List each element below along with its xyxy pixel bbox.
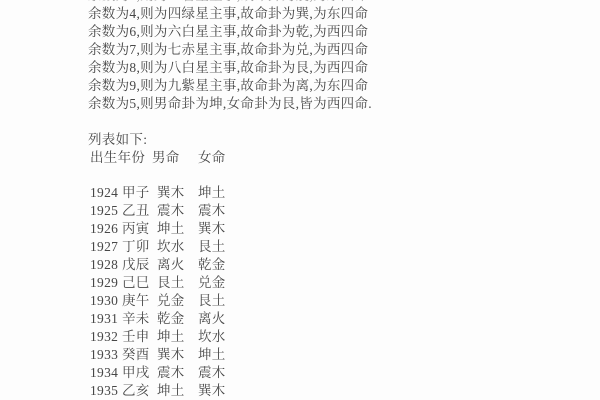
column-header-year: 出生年份: [90, 149, 152, 167]
year-cell: 1933: [90, 346, 122, 364]
rule-line: 余数为9,则为九紫星主事,故命卦为离,为东四命: [88, 77, 372, 95]
male-destiny-cell: 坎水: [157, 238, 198, 256]
male-destiny-cell: 兑金: [157, 292, 198, 310]
year-cell: 1927: [90, 238, 122, 256]
male-destiny-cell: 巽木: [157, 184, 198, 202]
rule-line: 余数为8,则为八白星主事,故命卦为艮,为西四命: [88, 59, 372, 77]
female-destiny-cell: 艮土: [198, 292, 226, 310]
female-destiny-cell: 巽木: [198, 220, 226, 238]
year-cell: 1932: [90, 328, 122, 346]
female-destiny-cell: 离火: [198, 310, 226, 328]
table-row: 1932 壬申 坤土 坎水: [90, 328, 226, 346]
table-row: 1934 甲戌 震木 震木: [90, 364, 226, 382]
year-cell: 1925: [90, 202, 122, 220]
remainder-rules-block: 余数为3,则为三碧星主事,故命卦为震,为东四命 余数为4,则为四绿星主事,故命卦…: [88, 0, 372, 113]
ganzhi-cell: 庚午: [122, 292, 157, 310]
male-destiny-cell: 乾金: [157, 310, 198, 328]
female-destiny-cell: 坎水: [198, 328, 226, 346]
rule-line-clipped: 余数为3,则为三碧星主事,故命卦为震,为东四命: [88, 0, 372, 5]
rule-line: 余数为6,则为六白星主事,故命卦为乾,为西四命: [88, 23, 372, 41]
male-destiny-cell: 坤土: [157, 328, 198, 346]
year-cell: 1924: [90, 184, 122, 202]
female-destiny-cell: 震木: [198, 202, 226, 220]
table-row: 1929 己巳 艮土 兑金: [90, 274, 226, 292]
year-cell: 1926: [90, 220, 122, 238]
column-header-female: 女命: [198, 149, 226, 167]
year-cell: 1934: [90, 364, 122, 382]
table-row: 1931 辛未 乾金 离火: [90, 310, 226, 328]
male-destiny-cell: 坤土: [157, 220, 198, 238]
male-destiny-cell: 离火: [157, 256, 198, 274]
year-cell: 1928: [90, 256, 122, 274]
ganzhi-cell: 己巳: [122, 274, 157, 292]
rule-line: 余数为7,则为七赤星主事,故命卦为兑,为西四命: [88, 41, 372, 59]
table-header-row: 出生年份 男命 女命: [90, 149, 226, 167]
female-destiny-cell: 兑金: [198, 274, 226, 292]
male-destiny-cell: 震木: [157, 202, 198, 220]
table-row: 1927 丁卯 坎水 艮土: [90, 238, 226, 256]
ganzhi-cell: 乙亥: [122, 382, 157, 400]
female-destiny-cell: 震木: [198, 364, 226, 382]
year-cell: 1929: [90, 274, 122, 292]
table-row: 1928 戊辰 离火 乾金: [90, 256, 226, 274]
male-destiny-cell: 震木: [157, 364, 198, 382]
female-destiny-cell: 坤土: [198, 184, 226, 202]
table-row: 1930 庚午 兑金 艮土: [90, 292, 226, 310]
table-row: 1925 乙丑 震木 震木: [90, 202, 226, 220]
male-destiny-cell: 巽木: [157, 346, 198, 364]
table-row: 1933 癸酉 巽木 坤土: [90, 346, 226, 364]
year-cell: 1935: [90, 382, 122, 400]
ganzhi-cell: 丁卯: [122, 238, 157, 256]
male-destiny-cell: 坤土: [157, 382, 198, 400]
ganzhi-cell: 甲子: [122, 184, 157, 202]
year-cell: 1931: [90, 310, 122, 328]
table-intro-label: 列表如下:: [88, 131, 147, 149]
female-destiny-cell: 坤土: [198, 346, 226, 364]
ganzhi-cell: 丙寅: [122, 220, 157, 238]
scanned-document-page: 余数为3,则为三碧星主事,故命卦为震,为东四命 余数为4,则为四绿星主事,故命卦…: [0, 0, 600, 400]
ganzhi-cell: 甲戌: [122, 364, 157, 382]
female-destiny-cell: 乾金: [198, 256, 226, 274]
year-table: 1924 甲子 巽木 坤土 1925 乙丑 震木 震木 1926 丙寅 坤土 巽…: [90, 184, 226, 400]
year-cell: 1930: [90, 292, 122, 310]
table-row: 1924 甲子 巽木 坤土: [90, 184, 226, 202]
ganzhi-cell: 癸酉: [122, 346, 157, 364]
male-destiny-cell: 艮土: [157, 274, 198, 292]
table-row: 1935 乙亥 坤土 巽木: [90, 382, 226, 400]
rule-line: 余数为4,则为四绿星主事,故命卦为巽,为东四命: [88, 5, 372, 23]
ganzhi-cell: 乙丑: [122, 202, 157, 220]
ganzhi-cell: 戊辰: [122, 256, 157, 274]
ganzhi-cell: 壬申: [122, 328, 157, 346]
table-row: 1926 丙寅 坤土 巽木: [90, 220, 226, 238]
ganzhi-cell: 辛未: [122, 310, 157, 328]
rule-line: 余数为5,则男命卦为坤,女命卦为艮,皆为西四命.: [88, 95, 372, 113]
column-header-male: 男命: [152, 149, 198, 167]
female-destiny-cell: 艮土: [198, 238, 226, 256]
female-destiny-cell: 巽木: [198, 382, 226, 400]
